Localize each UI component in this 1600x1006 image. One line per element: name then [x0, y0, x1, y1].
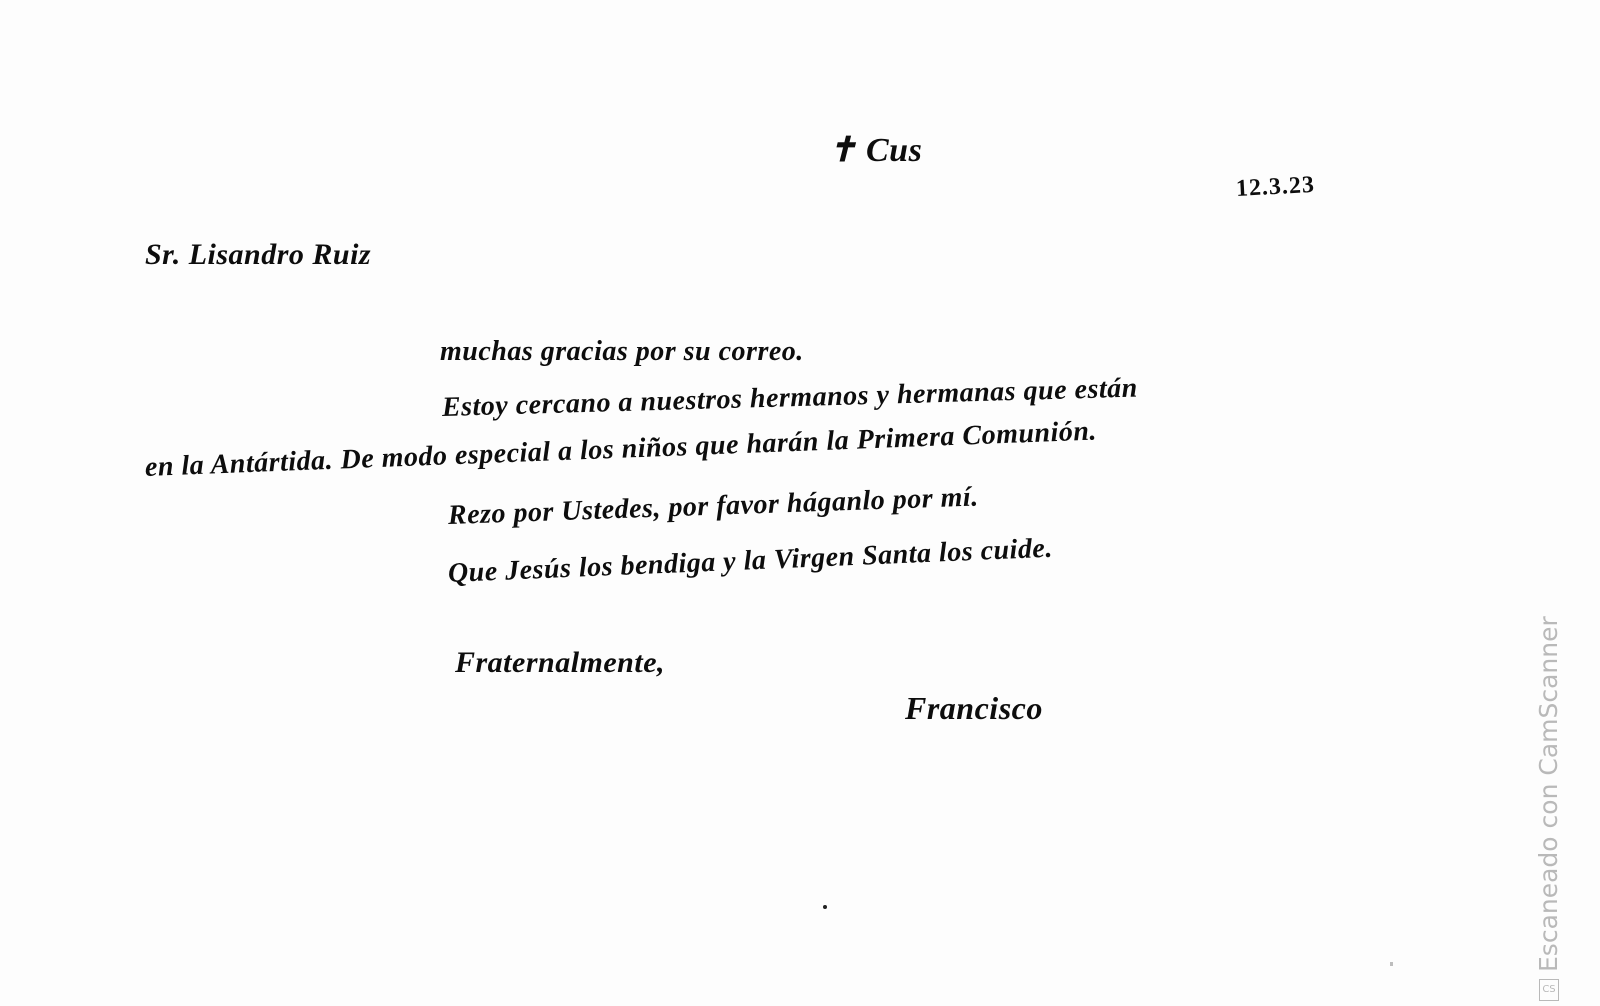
watermark-text: Escaneado con CamScanner: [1534, 616, 1563, 972]
camscanner-watermark: CS Escaneado con CamScanner: [1534, 616, 1563, 1000]
cross-header-mark: ✝ Cus: [828, 130, 922, 170]
camscanner-logo-icon: CS: [1539, 979, 1559, 1001]
letter-date: 12.3.23: [1235, 172, 1315, 203]
body-line-2: Estoy cercano a nuestros hermanos y herm…: [442, 373, 1139, 424]
body-line-1: muchas gracias por su correo.: [440, 336, 804, 368]
closing: Fraternalmente,: [455, 646, 665, 680]
body-line-5: Que Jesús los bendiga y la Virgen Santa …: [447, 533, 1053, 590]
body-line-4: Rezo por Ustedes, por favor háganlo por …: [447, 481, 979, 532]
body-line-3: en la Antártida. De modo especial a los …: [144, 415, 1097, 484]
salutation: Sr. Lisandro Ruiz: [145, 238, 371, 272]
signature: Francisco: [905, 690, 1043, 727]
ink-speck: [823, 905, 827, 909]
scan-artifact: [1390, 962, 1393, 966]
scanned-letter-page: ✝ Cus 12.3.23 Sr. Lisandro Ruiz muchas g…: [0, 0, 1600, 1006]
